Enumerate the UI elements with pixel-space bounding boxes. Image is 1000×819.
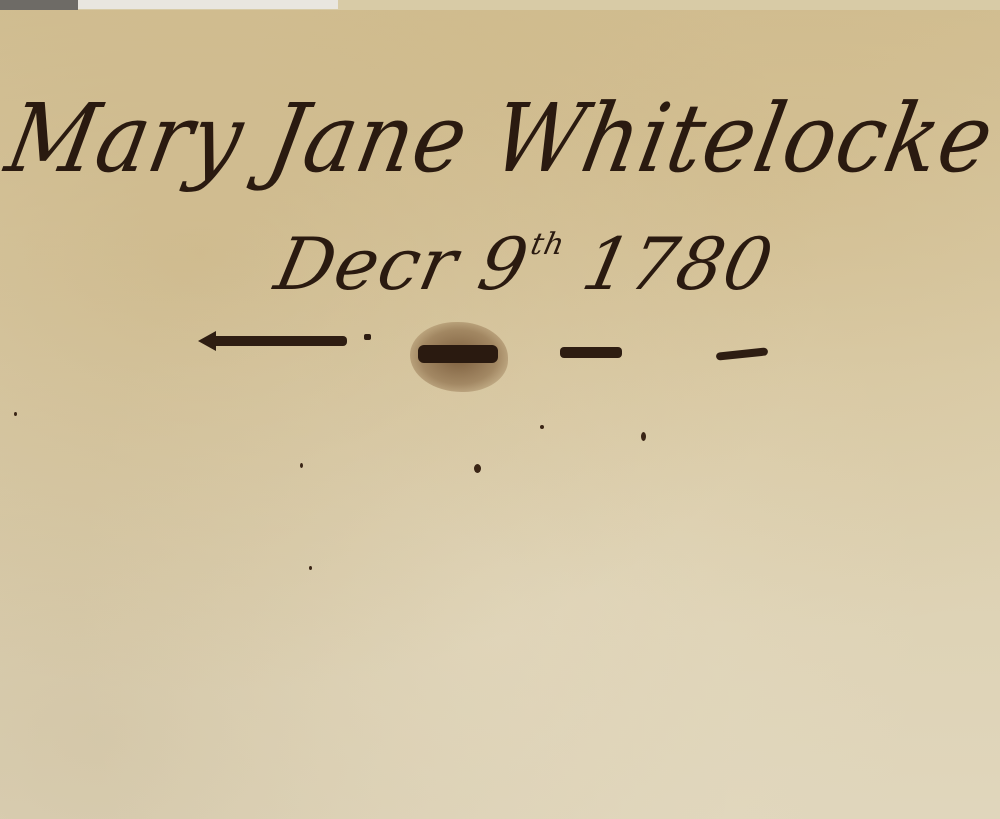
date-month: Decr [268, 222, 465, 306]
date-day-suffix: th [528, 227, 569, 262]
ink-speck [641, 432, 646, 441]
inscription-date: Decr 9th 1780 [270, 228, 780, 300]
blot-dash [418, 345, 498, 363]
ink-speck [300, 463, 303, 468]
underline-dash [560, 347, 622, 358]
ink-dot [364, 334, 371, 340]
ink-speck [474, 464, 481, 473]
date-year: 1780 [575, 222, 780, 306]
ink-speck [14, 412, 17, 416]
date-day: 9 [471, 222, 536, 306]
ink-speck [309, 566, 312, 570]
underline-arrow-stroke [212, 336, 347, 346]
ink-speck [540, 425, 544, 429]
inscription-name: Mary Jane Whitelocke [0, 92, 1000, 187]
photo-edge-light [78, 0, 338, 9]
